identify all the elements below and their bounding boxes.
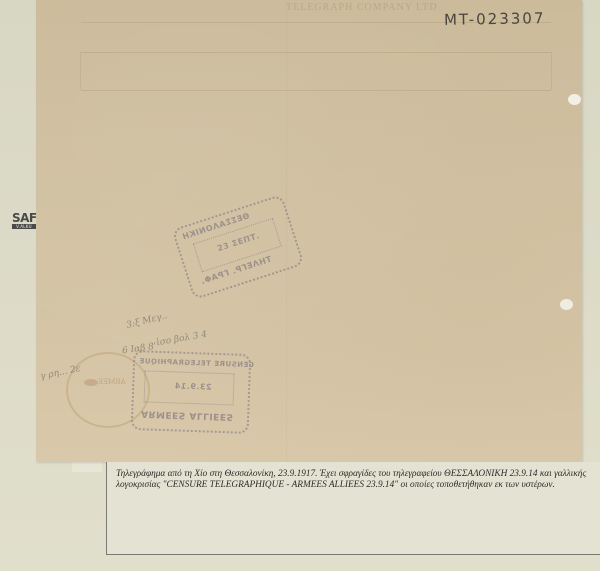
- caption-text: Τηλεγράφημα από τη Χίο στη Θεσσαλονίκη, …: [116, 469, 600, 491]
- punch-hole: [568, 94, 581, 105]
- handwritten-note: 3:ξ Μεγ..: [125, 311, 168, 331]
- saf-logo: SAF V.ALKU: [12, 212, 36, 229]
- printed-vertical-rule: [80, 52, 81, 90]
- ink-blot: [84, 379, 98, 386]
- punch-hole: [560, 299, 573, 310]
- stamp-line-1: CENSURE TELEGRAPHIQUE: [139, 357, 254, 369]
- printed-rule: [81, 52, 551, 53]
- stamp-line-2: 23.9.14: [174, 381, 212, 391]
- reference-number: MT-023307: [444, 9, 546, 29]
- mount-corner-tab: [72, 462, 102, 472]
- handwritten-note: ἰσο βολ 3 4: [156, 330, 208, 349]
- round-stamp-text: ARMEE: [98, 378, 126, 386]
- faded-printed-header: TELEGRAPH COMPANY LTD: [286, 2, 466, 12]
- stamp-line-3: ARMEES ALLIEES: [141, 408, 234, 421]
- caption-box: Τηλεγράφημα από τη Χίο στη Θεσσαλονίκη, …: [106, 462, 600, 555]
- censure-telegraphique-stamp: CENSURE TELEGRAPHIQUE 23.9.14 ARMEES ALL…: [131, 350, 252, 434]
- telegram-document: TELEGRAPH COMPANY LTD MT-023307 ΘΕΣΣΑΛΟΝ…: [36, 0, 582, 462]
- saf-logo-main: SAF: [12, 212, 36, 224]
- printed-rule: [81, 90, 551, 91]
- printed-vertical-rule: [551, 52, 552, 90]
- thessaloniki-telegraph-stamp: ΘΕΣΣΑΛΟΝΙΚΗ 23 ΣΕΠΤ. ΤΗΛΕΓΡ. ΓΡΑΦ.: [171, 194, 304, 300]
